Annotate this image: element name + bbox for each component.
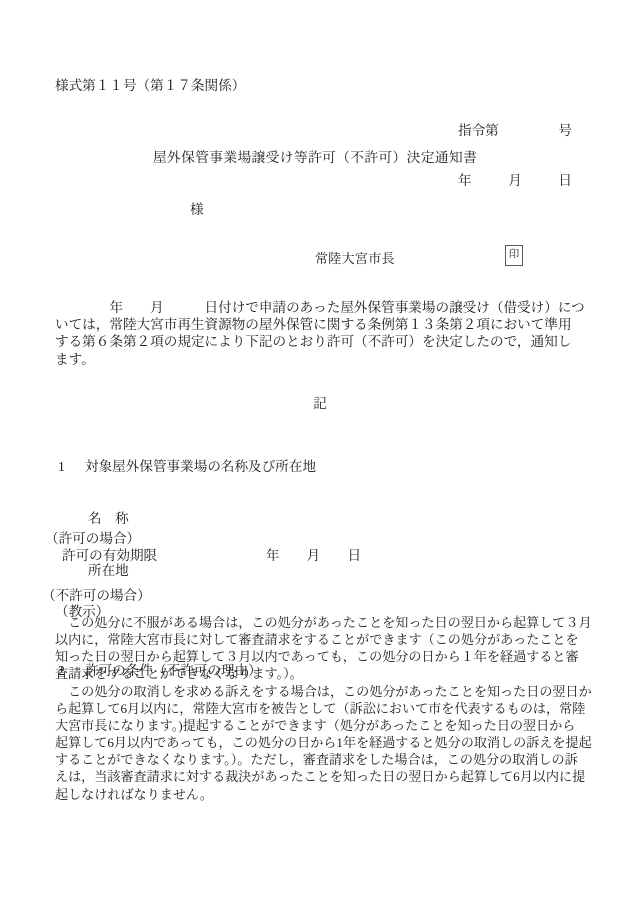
document-page: 様式第１１号（第１７条関係） 指令第 号 年 月 日 屋外保管事業場譲受け等許可… [0,0,630,903]
form-number: 様式第１１号（第１７条関係） [55,74,245,94]
directive-number-line: 指令第 号 [458,122,572,140]
issuer-name: 常陸大宮市長 [315,248,395,267]
directive-suffix: 号 [558,122,572,140]
seal-mark: 印 [509,250,520,261]
directive-prefix: 指令第 [458,122,499,140]
validity-period-line: 許可の有効期限 年 月 日 [62,544,361,564]
addressee-honorific: 様 [190,198,204,218]
kyoji-paragraph-1: この処分に不服がある場合は，この処分があったことを知った日の翌日から起算して３月… [55,614,592,682]
item-1-title: 対象屋外保管事業場の名称及び所在地 [85,458,316,475]
date-year-label: 年 [458,172,472,190]
item-1-address-label: 所在地 [58,562,316,579]
main-paragraph: 年 月 日付けで申請のあった屋外保管事業場の譲受け（借受け）については，常陸大宮… [55,299,585,368]
item-1-heading: 1 対象屋外保管事業場の名称及び所在地 [58,458,316,475]
document-title: 屋外保管事業場譲受け等許可（不許可）決定通知書 [0,146,630,166]
issue-date-line: 年 月 日 [458,172,572,190]
record-marker: 記 [0,392,630,412]
kyoji-paragraph-2: この処分の取消しを求める訴えをする場合は，この処分があったことを知った日の翌日か… [55,683,592,803]
date-day-label: 日 [558,172,572,190]
item-1-name-label: 名 称 [58,510,316,527]
item-1-number: 1 [58,458,85,475]
date-month-label: 月 [508,172,522,190]
seal-box: 印 [505,245,523,266]
